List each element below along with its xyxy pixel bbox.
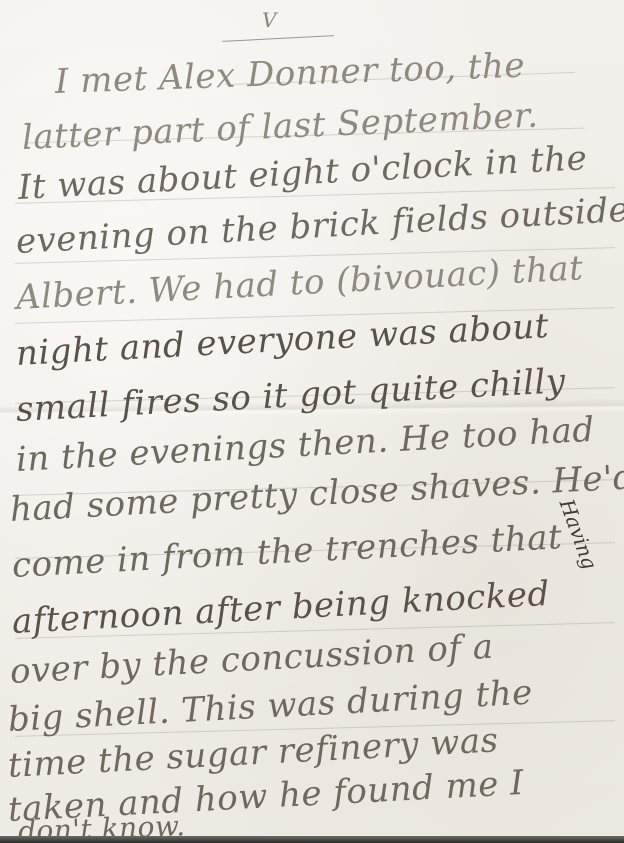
text-line: don't know. xyxy=(17,809,186,836)
handwritten-text-block: I met Alex Donner too, the latter part o… xyxy=(0,0,624,836)
text-line: Albert. We had to (bivouac) that xyxy=(15,248,584,318)
letter-page: V I met Alex Donner too, the latter part… xyxy=(0,0,624,836)
text-line: I met Alex Donner too, the xyxy=(54,46,525,102)
page-bottom-edge xyxy=(0,836,624,843)
text-line: come in from the trenches that xyxy=(11,517,563,586)
text-line: night and everyone was about xyxy=(15,306,550,374)
